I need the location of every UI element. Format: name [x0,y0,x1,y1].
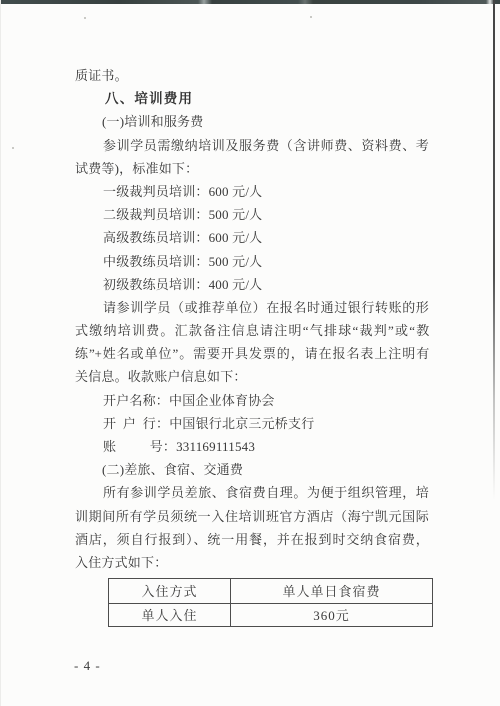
heading-section-8-training-fees: 八、培训费用 [75,87,429,110]
fee-line-coach-junior: 初级教练员培训：400 元/人 [75,273,429,296]
fee-line-referee-level1: 一级裁判员培训：600 元/人 [75,180,429,203]
text-line: 酒店，须自行报到）、统一用餐，并在报到时交纳食宿费， [75,528,429,551]
text-line: 训期间所有学员须统一入住培训班官方酒店（海宁凯元国际 [75,505,429,528]
bank-account-number: 账 号：331169111543 [75,435,429,458]
table-cell-fee-amount: 360元 [231,603,433,626]
text-line: 参训学员需缴纳培训及服务费（含讲师费、资料费、考 [75,134,429,157]
table-header-row: 入住方式 单人单日食宿费 [109,578,433,603]
subheading-training-service-fee: (一)培训和服务费 [75,110,429,133]
table-header-checkin-type: 入住方式 [109,578,231,603]
text-line: 请参训学员（或推荐单位）在报名时通过银行转账的形 [75,296,429,319]
document-body: 质证书。 八、培训费用 (一)培训和服务费 参训学员需缴纳培训及服务费（含讲师费… [75,64,429,627]
scan-speck [12,147,14,149]
fee-line-coach-intermediate: 中级教练员培训：500 元/人 [75,250,429,273]
text-line: 入住方式如下： [75,551,429,574]
accommodation-fee-table: 入住方式 单人单日食宿费 单人入住 360元 [108,578,433,627]
text-line: 练”+姓名或单位”。需要开具发票的，请在报名表上注明有 [75,342,429,365]
text-line: 试费等)，标准如下： [75,157,429,180]
table-header-daily-fee: 单人单日食宿费 [231,578,433,603]
bank-branch: 开 户 行：中国银行北京三元桥支行 [75,412,429,435]
scan-speck [310,16,312,18]
table-cell-single-occupancy: 单人入住 [109,603,231,626]
scan-border-top [0,0,500,4]
scan-speck [84,17,86,19]
scan-border-right [493,0,495,500]
fee-line-coach-senior: 高级教练员培训：600 元/人 [75,226,429,249]
scan-border-left [0,0,1,706]
text-line: 式缴纳培训费。汇款备注信息请注明“气排球“裁判”或“教 [75,319,429,342]
text-line: 关信息。收款账户信息如下： [75,365,429,388]
page-number: - 4 - [74,658,101,674]
subheading-travel-board-fee: (二)差旅、食宿、交通费 [75,458,429,481]
table-row: 单人入住 360元 [109,603,433,626]
fee-line-referee-level2: 二级裁判员培训：500 元/人 [75,203,429,226]
text-line: 所有参训学员差旅、食宿费自理。为便于组织管理，培 [75,481,429,504]
bank-account-name: 开户名称：中国企业体育协会 [75,389,429,412]
paragraph-continuation: 质证书。 [75,64,429,87]
